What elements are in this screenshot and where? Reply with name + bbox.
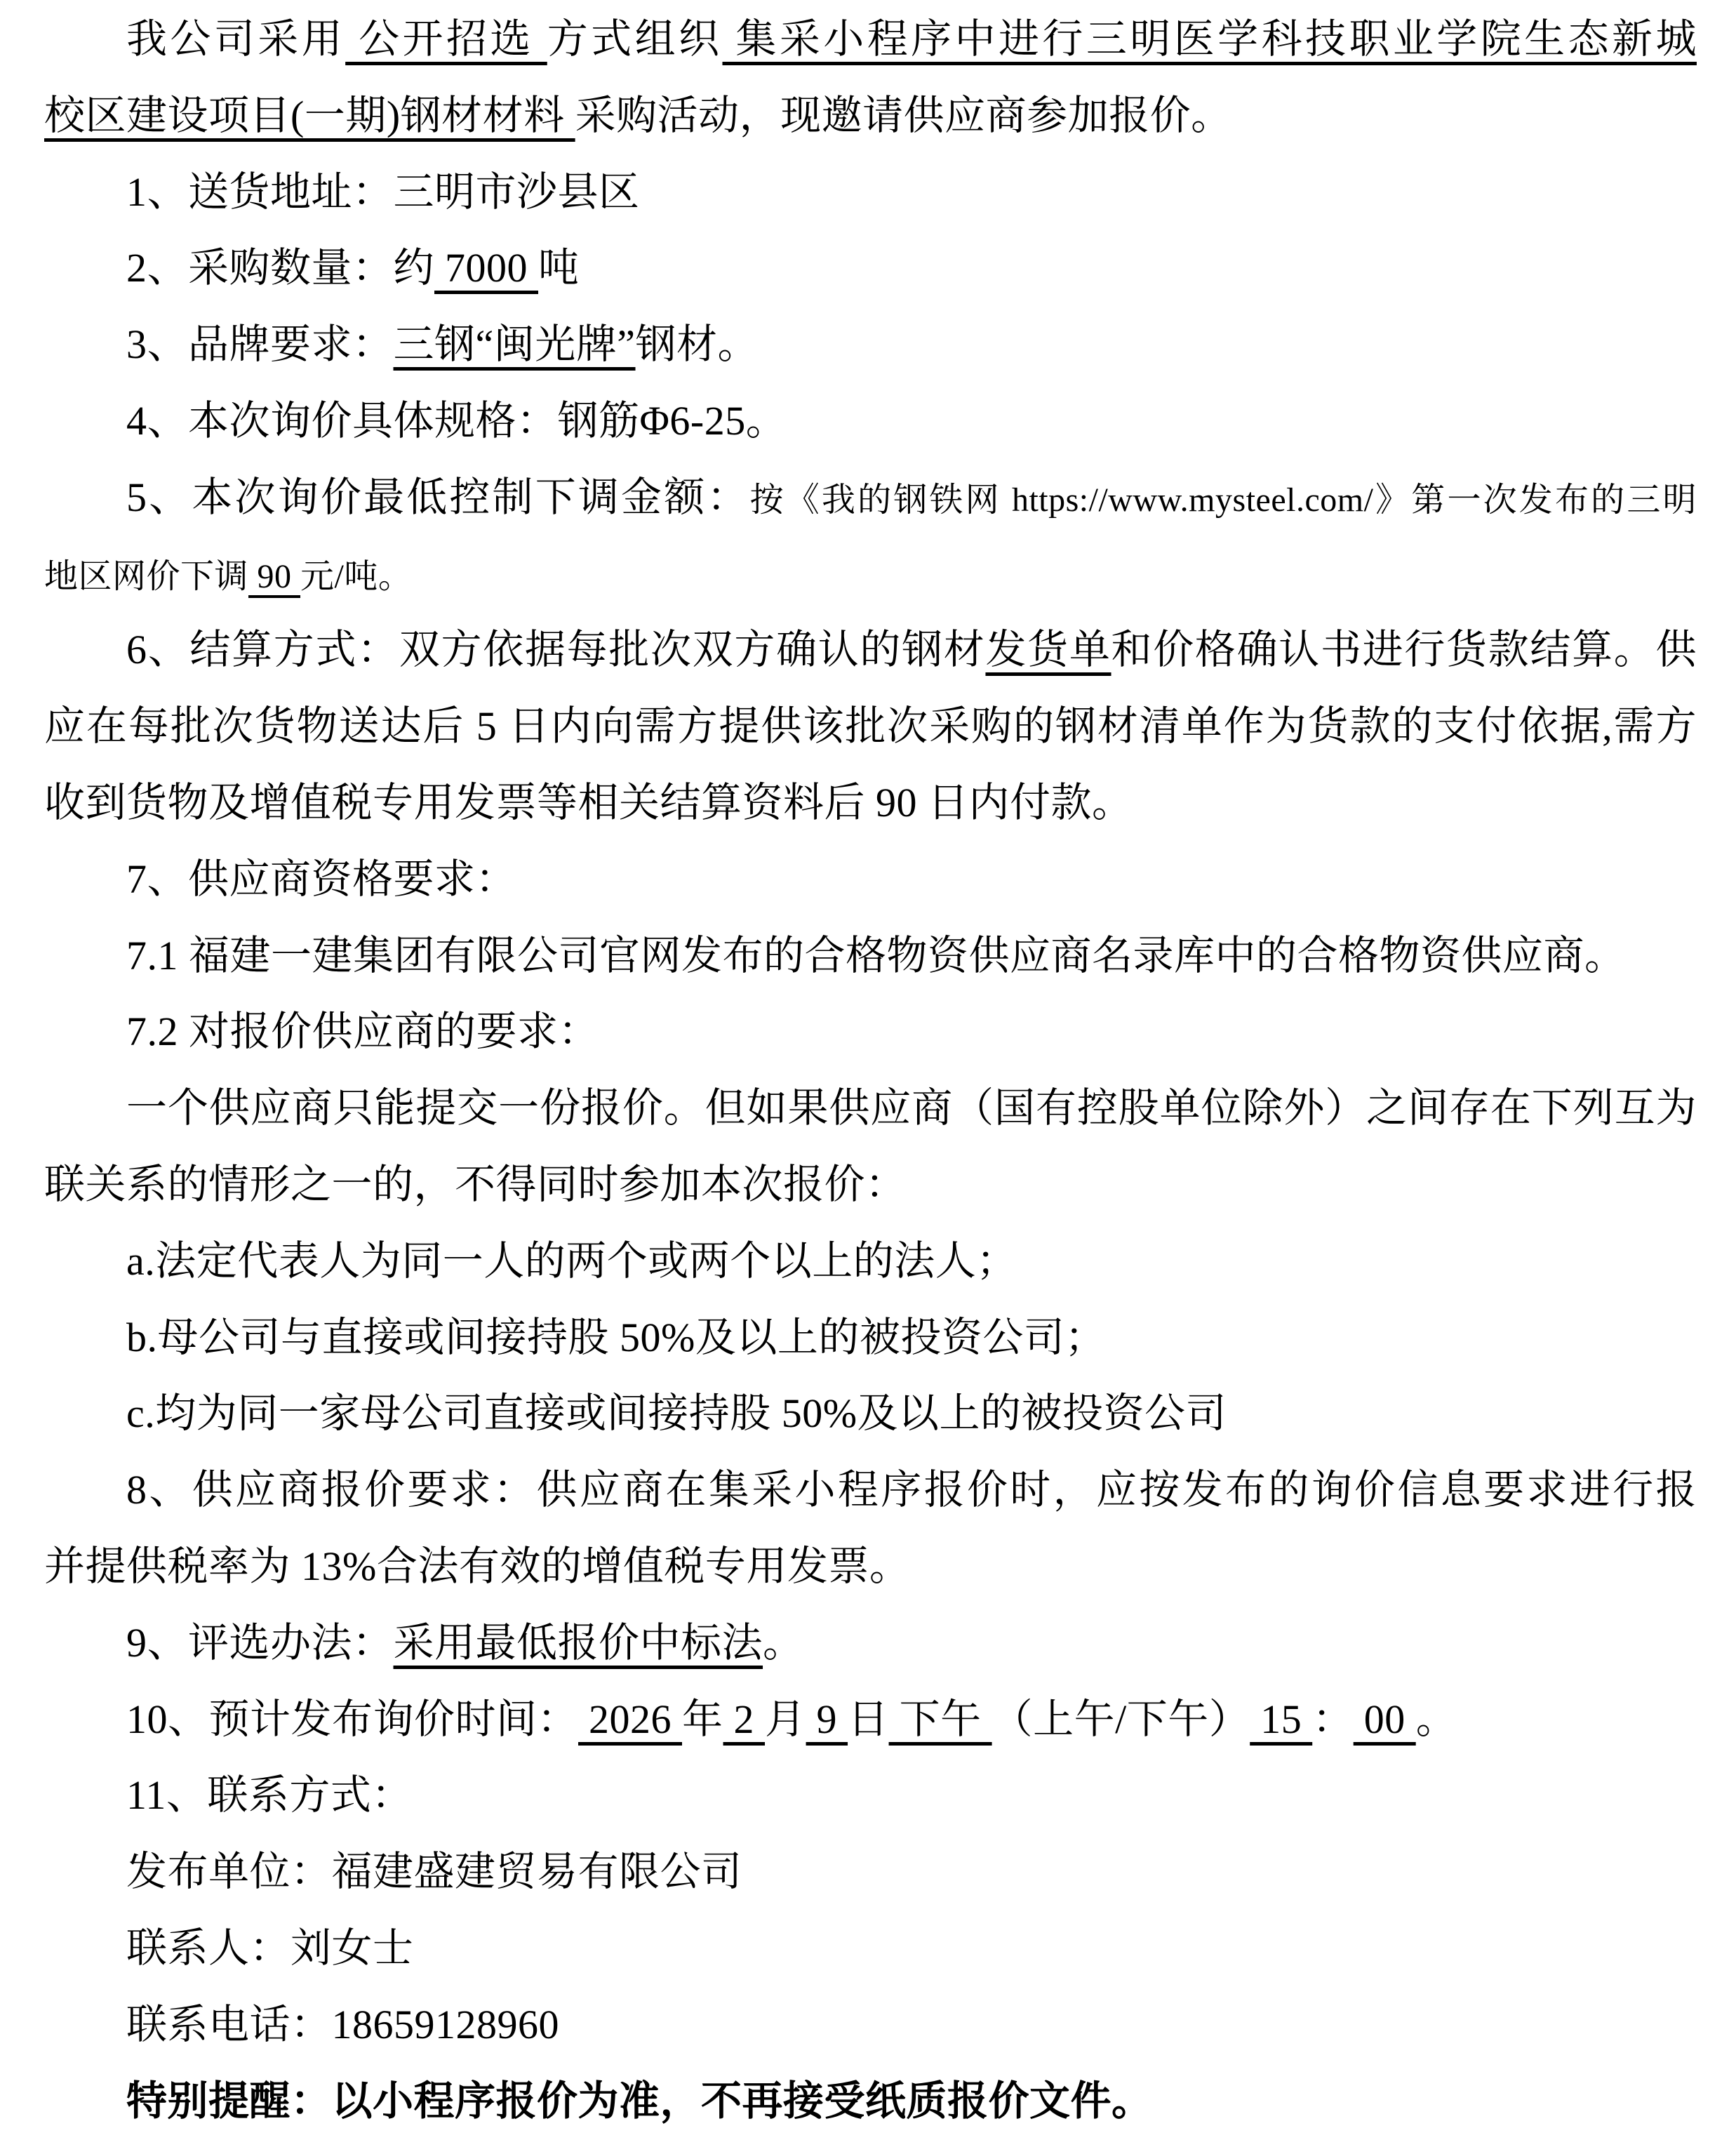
item-10-schedule: 10、预计发布询价时间： 2026 年 2 月 9 日 下午 （上午/下午） 1… <box>44 1682 1697 1758</box>
item-2-quantity: 2、采购数量：约 7000 吨 <box>44 230 1697 307</box>
text-run: 一个供应商只能提交一份报价。但如果供应商（国有控股单位除外）之间存在下列互为关 <box>126 1085 1697 1147</box>
contact-phone-line: 联系电话：18659128960 <box>44 1987 1697 2063</box>
text-run: 7.1 福建一建集团有限公司官网发布的合格物资供应商名录库中的合格物资供应商。 <box>126 933 1626 978</box>
contact-person-line: 联系人：刘女士 <box>44 1910 1697 1987</box>
text-run: 收到货物及增值税专用发票等相关结算资料后 90 日内付款。 <box>44 780 1133 825</box>
text-run: 吨 <box>538 245 580 291</box>
text-run: 发布单位：福建盛建贸易有限公司 <box>126 1849 742 1894</box>
item-8-quote-req-line-1: 8、供应商报价要求：供应商在集采小程序报价时，应按发布的询价信息要求进行报价， <box>44 1452 1697 1529</box>
text-run: 。 <box>1416 1696 1457 1742</box>
text-run: 联关系的情形之一的，不得同时参加本次报价： <box>44 1162 907 1207</box>
underlined-blank-run: 2026 <box>578 1696 682 1742</box>
underlined-blank-run: 发货单 <box>985 627 1111 672</box>
text-run: 特别提醒：以小程序报价为准，不再接受纸质报价文件。 <box>126 2078 1153 2124</box>
text-run: （上午/下午） <box>992 1696 1250 1742</box>
text-run: 。 <box>763 1620 804 1666</box>
text-run: 月 <box>765 1696 806 1742</box>
text-run: 联系电话：18659128960 <box>126 2002 559 2047</box>
text-run: 应在每批次货物送达后 5 日内向需方提供该批次采购的钢材清单作为货款的支付依据,… <box>44 703 1697 765</box>
item-6-settlement-line-3: 收到货物及增值税专用发票等相关结算资料后 90 日内付款。 <box>44 765 1697 842</box>
underlined-blank-run: 15 <box>1250 1696 1312 1742</box>
item-7-2-c: c.均为同一家母公司直接或间接持股 50%及以上的被投资公司 <box>44 1376 1697 1452</box>
item-3-brand: 3、品牌要求：三钢“闽光牌”钢材。 <box>44 307 1697 383</box>
underlined-blank-run: 00 <box>1354 1696 1416 1742</box>
text-run: 联系人：刘女士 <box>126 1925 414 1971</box>
underlined-blank-run: 7000 <box>434 245 538 291</box>
underlined-blank-run: 采用最低报价中标法 <box>394 1620 763 1666</box>
underlined-blank-run: 2 <box>723 1696 766 1742</box>
text-run: 3、品牌要求： <box>126 321 394 367</box>
text-run: 钢材。 <box>636 321 759 367</box>
text-run: 5、本次询价最低控制下调金额： <box>126 474 750 520</box>
text-run: 年 <box>682 1696 723 1742</box>
publisher-line: 发布单位：福建盛建贸易有限公司 <box>44 1834 1697 1910</box>
item-6-settlement-line-1: 6、结算方式：双方依据每批次双方确认的钢材发货单和价格确认书进行货款结算。供方 <box>44 612 1697 689</box>
text-run: 4、本次询价具体规格：钢筋Φ6-25。 <box>126 398 787 444</box>
special-reminder-line: 特别提醒：以小程序报价为准，不再接受纸质报价文件。 <box>44 2063 1697 2140</box>
item-7-2: 7.2 对报价供应商的要求： <box>44 994 1697 1070</box>
text-run: 方式组织 <box>547 16 723 62</box>
item-7-1: 7.1 福建一建集团有限公司官网发布的合格物资供应商名录库中的合格物资供应商。 <box>44 918 1697 995</box>
intro-line-2: 校区建设项目(一期)钢材材料 采购活动，现邀请供应商参加报价。 <box>44 78 1697 154</box>
text-run: 9、评选办法： <box>126 1620 394 1666</box>
underlined-blank-run: 校区建设项目(一期)钢材材料 <box>44 93 575 138</box>
text-run: 元/吨。 <box>300 558 412 595</box>
underlined-blank-run: 90 <box>248 558 300 595</box>
text-run: 6、结算方式：双方依据每批次双方确认的钢材 <box>126 627 985 672</box>
intro-line-1: 我公司采用 公开招选 方式组织 集采小程序中进行三明医学科技职业学院生态新城 <box>44 1 1697 78</box>
item-7-qualification: 7、供应商资格要求： <box>44 842 1697 918</box>
text-run: c.均为同一家母公司直接或间接持股 50%及以上的被投资公司 <box>126 1390 1227 1436</box>
item-5-price-control-line-2: 地区网价下调 90 元/吨。 <box>44 536 1697 613</box>
item-7-2-para-line-1: 一个供应商只能提交一份报价。但如果供应商（国有控股单位除外）之间存在下列互为关 <box>44 1070 1697 1147</box>
item-5-price-control-line-1: 5、本次询价最低控制下调金额：按《我的钢铁网 https://www.myste… <box>44 460 1697 536</box>
text-run: 10、预计发布询价时间： <box>126 1696 578 1742</box>
underlined-blank-run: 三钢“闽光牌” <box>394 321 636 367</box>
item-4-spec: 4、本次询价具体规格：钢筋Φ6-25。 <box>44 383 1697 460</box>
underlined-blank-run: 集采小程序中进行三明医学科技职业学院生态新城 <box>722 16 1696 62</box>
text-run: 2、采购数量：约 <box>126 245 434 291</box>
text-run: 地区网价下调 <box>44 558 248 595</box>
text-run: 采购活动，现邀请供应商参加报价。 <box>575 93 1232 138</box>
underlined-blank-run: 公开招选 <box>345 16 547 62</box>
item-8-quote-req-line-2: 并提供税率为 13%合法有效的增值税专用发票。 <box>44 1529 1697 1605</box>
text-run: 我公司采用 <box>126 16 345 62</box>
item-6-settlement-line-2: 应在每批次货物送达后 5 日内向需方提供该批次采购的钢材清单作为货款的支付依据,… <box>44 689 1697 765</box>
text-run: 日 <box>848 1696 889 1742</box>
underlined-blank-run: 下午 <box>889 1696 992 1742</box>
text-run: 8、供应商报价要求：供应商在集采小程序报价时，应按发布的询价信息要求进行报价， <box>126 1467 1697 1529</box>
text-run: 按《我的钢铁网 https://www.mysteel.com/》第一次发布的三… <box>750 481 1697 519</box>
item-7-2-b: b.母公司与直接或间接持股 50%及以上的被投资公司； <box>44 1300 1697 1376</box>
text-run: 7.2 对报价供应商的要求： <box>126 1009 599 1054</box>
text-run: 1、送货地址：三明市沙县区 <box>126 169 640 215</box>
text-run: 并提供税率为 13%合法有效的增值税专用发票。 <box>44 1543 910 1589</box>
text-run: 7、供应商资格要求： <box>126 856 516 902</box>
item-9-evaluation: 9、评选办法：采用最低报价中标法。 <box>44 1605 1697 1682</box>
text-run: a.法定代表人为同一人的两个或两个以上的法人； <box>126 1238 1017 1284</box>
item-7-2-a: a.法定代表人为同一人的两个或两个以上的法人； <box>44 1223 1697 1300</box>
item-1-delivery-address: 1、送货地址：三明市沙县区 <box>44 154 1697 231</box>
text-run: ： <box>1312 1696 1354 1742</box>
item-11-contact: 11、联系方式： <box>44 1757 1697 1834</box>
item-7-2-para-line-2: 联关系的情形之一的，不得同时参加本次报价： <box>44 1147 1697 1223</box>
text-run: 11、联系方式： <box>126 1772 413 1818</box>
document-page: 我公司采用 公开招选 方式组织 集采小程序中进行三明医学科技职业学院生态新城校区… <box>0 0 1736 2140</box>
text-run: b.母公司与直接或间接持股 50%及以上的被投资公司； <box>126 1315 1106 1360</box>
underlined-blank-run: 9 <box>806 1696 848 1742</box>
